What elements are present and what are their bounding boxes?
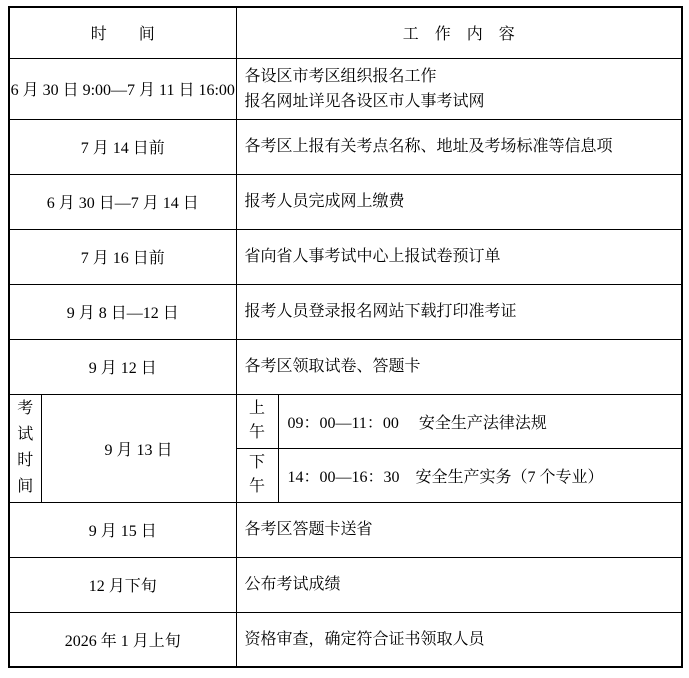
content-cell: 各考区领取试卷、答题卡	[236, 339, 682, 394]
time-cell: 6 月 30 日 9:00—7 月 11 日 16:00	[9, 58, 236, 119]
table-row: 6 月 30 日—7 月 14 日 报考人员完成网上缴费	[9, 174, 682, 229]
content-cell: 报考人员登录报名网站下载打印准考证	[236, 284, 682, 339]
table-row: 9 月 15 日 各考区答题卡送省	[9, 502, 682, 557]
time-cell: 9 月 8 日—12 日	[9, 284, 236, 339]
period-cell-morning: 上午	[236, 394, 278, 448]
session-detail-morning: 09：00—11：00 安全生产法律法规	[278, 394, 682, 448]
header-time: 时 间	[9, 7, 236, 58]
table-row: 7 月 14 日前 各考区上报有关考点名称、地址及考场标准等信息项	[9, 119, 682, 174]
exam-time-vertical-label: 考试时间	[9, 394, 41, 502]
session-detail-afternoon: 14：00—16：30 安全生产实务（7 个专业）	[278, 448, 682, 502]
time-cell: 2026 年 1 月上旬	[9, 612, 236, 667]
time-cell: 7 月 14 日前	[9, 119, 236, 174]
content-cell: 资格审查，确定符合证书领取人员	[236, 612, 682, 667]
time-cell: 9 月 15 日	[9, 502, 236, 557]
header-row: 时 间 工 作 内 容	[9, 7, 682, 58]
time-cell: 6 月 30 日—7 月 14 日	[9, 174, 236, 229]
header-work-content: 工 作 内 容	[236, 7, 682, 58]
table-row: 9 月 12 日 各考区领取试卷、答题卡	[9, 339, 682, 394]
exam-row-morning: 考试时间 9 月 13 日 上午 09：00—11：00 安全生产法律法规	[9, 394, 682, 448]
table-row: 12 月下旬 公布考试成绩	[9, 557, 682, 612]
time-cell: 9 月 12 日	[9, 339, 236, 394]
content-cell: 各设区市考区组织报名工作 报名网址详见各设区市人事考试网	[236, 58, 682, 119]
period-cell-afternoon: 下午	[236, 448, 278, 502]
table-row: 6 月 30 日 9:00—7 月 11 日 16:00 各设区市考区组织报名工…	[9, 58, 682, 119]
content-cell: 各考区上报有关考点名称、地址及考场标准等信息项	[236, 119, 682, 174]
table-row: 2026 年 1 月上旬 资格审查，确定符合证书领取人员	[9, 612, 682, 667]
content-cell: 公布考试成绩	[236, 557, 682, 612]
table-row: 9 月 8 日—12 日 报考人员登录报名网站下载打印准考证	[9, 284, 682, 339]
content-cell: 各考区答题卡送省	[236, 502, 682, 557]
content-cell: 报考人员完成网上缴费	[236, 174, 682, 229]
table-row: 7 月 16 日前 省向省人事考试中心上报试卷预订单	[9, 229, 682, 284]
content-cell: 省向省人事考试中心上报试卷预订单	[236, 229, 682, 284]
exam-date-cell: 9 月 13 日	[41, 394, 236, 502]
time-cell: 7 月 16 日前	[9, 229, 236, 284]
exam-schedule-table: 时 间 工 作 内 容 6 月 30 日 9:00—7 月 11 日 16:00…	[8, 6, 683, 668]
time-cell: 12 月下旬	[9, 557, 236, 612]
